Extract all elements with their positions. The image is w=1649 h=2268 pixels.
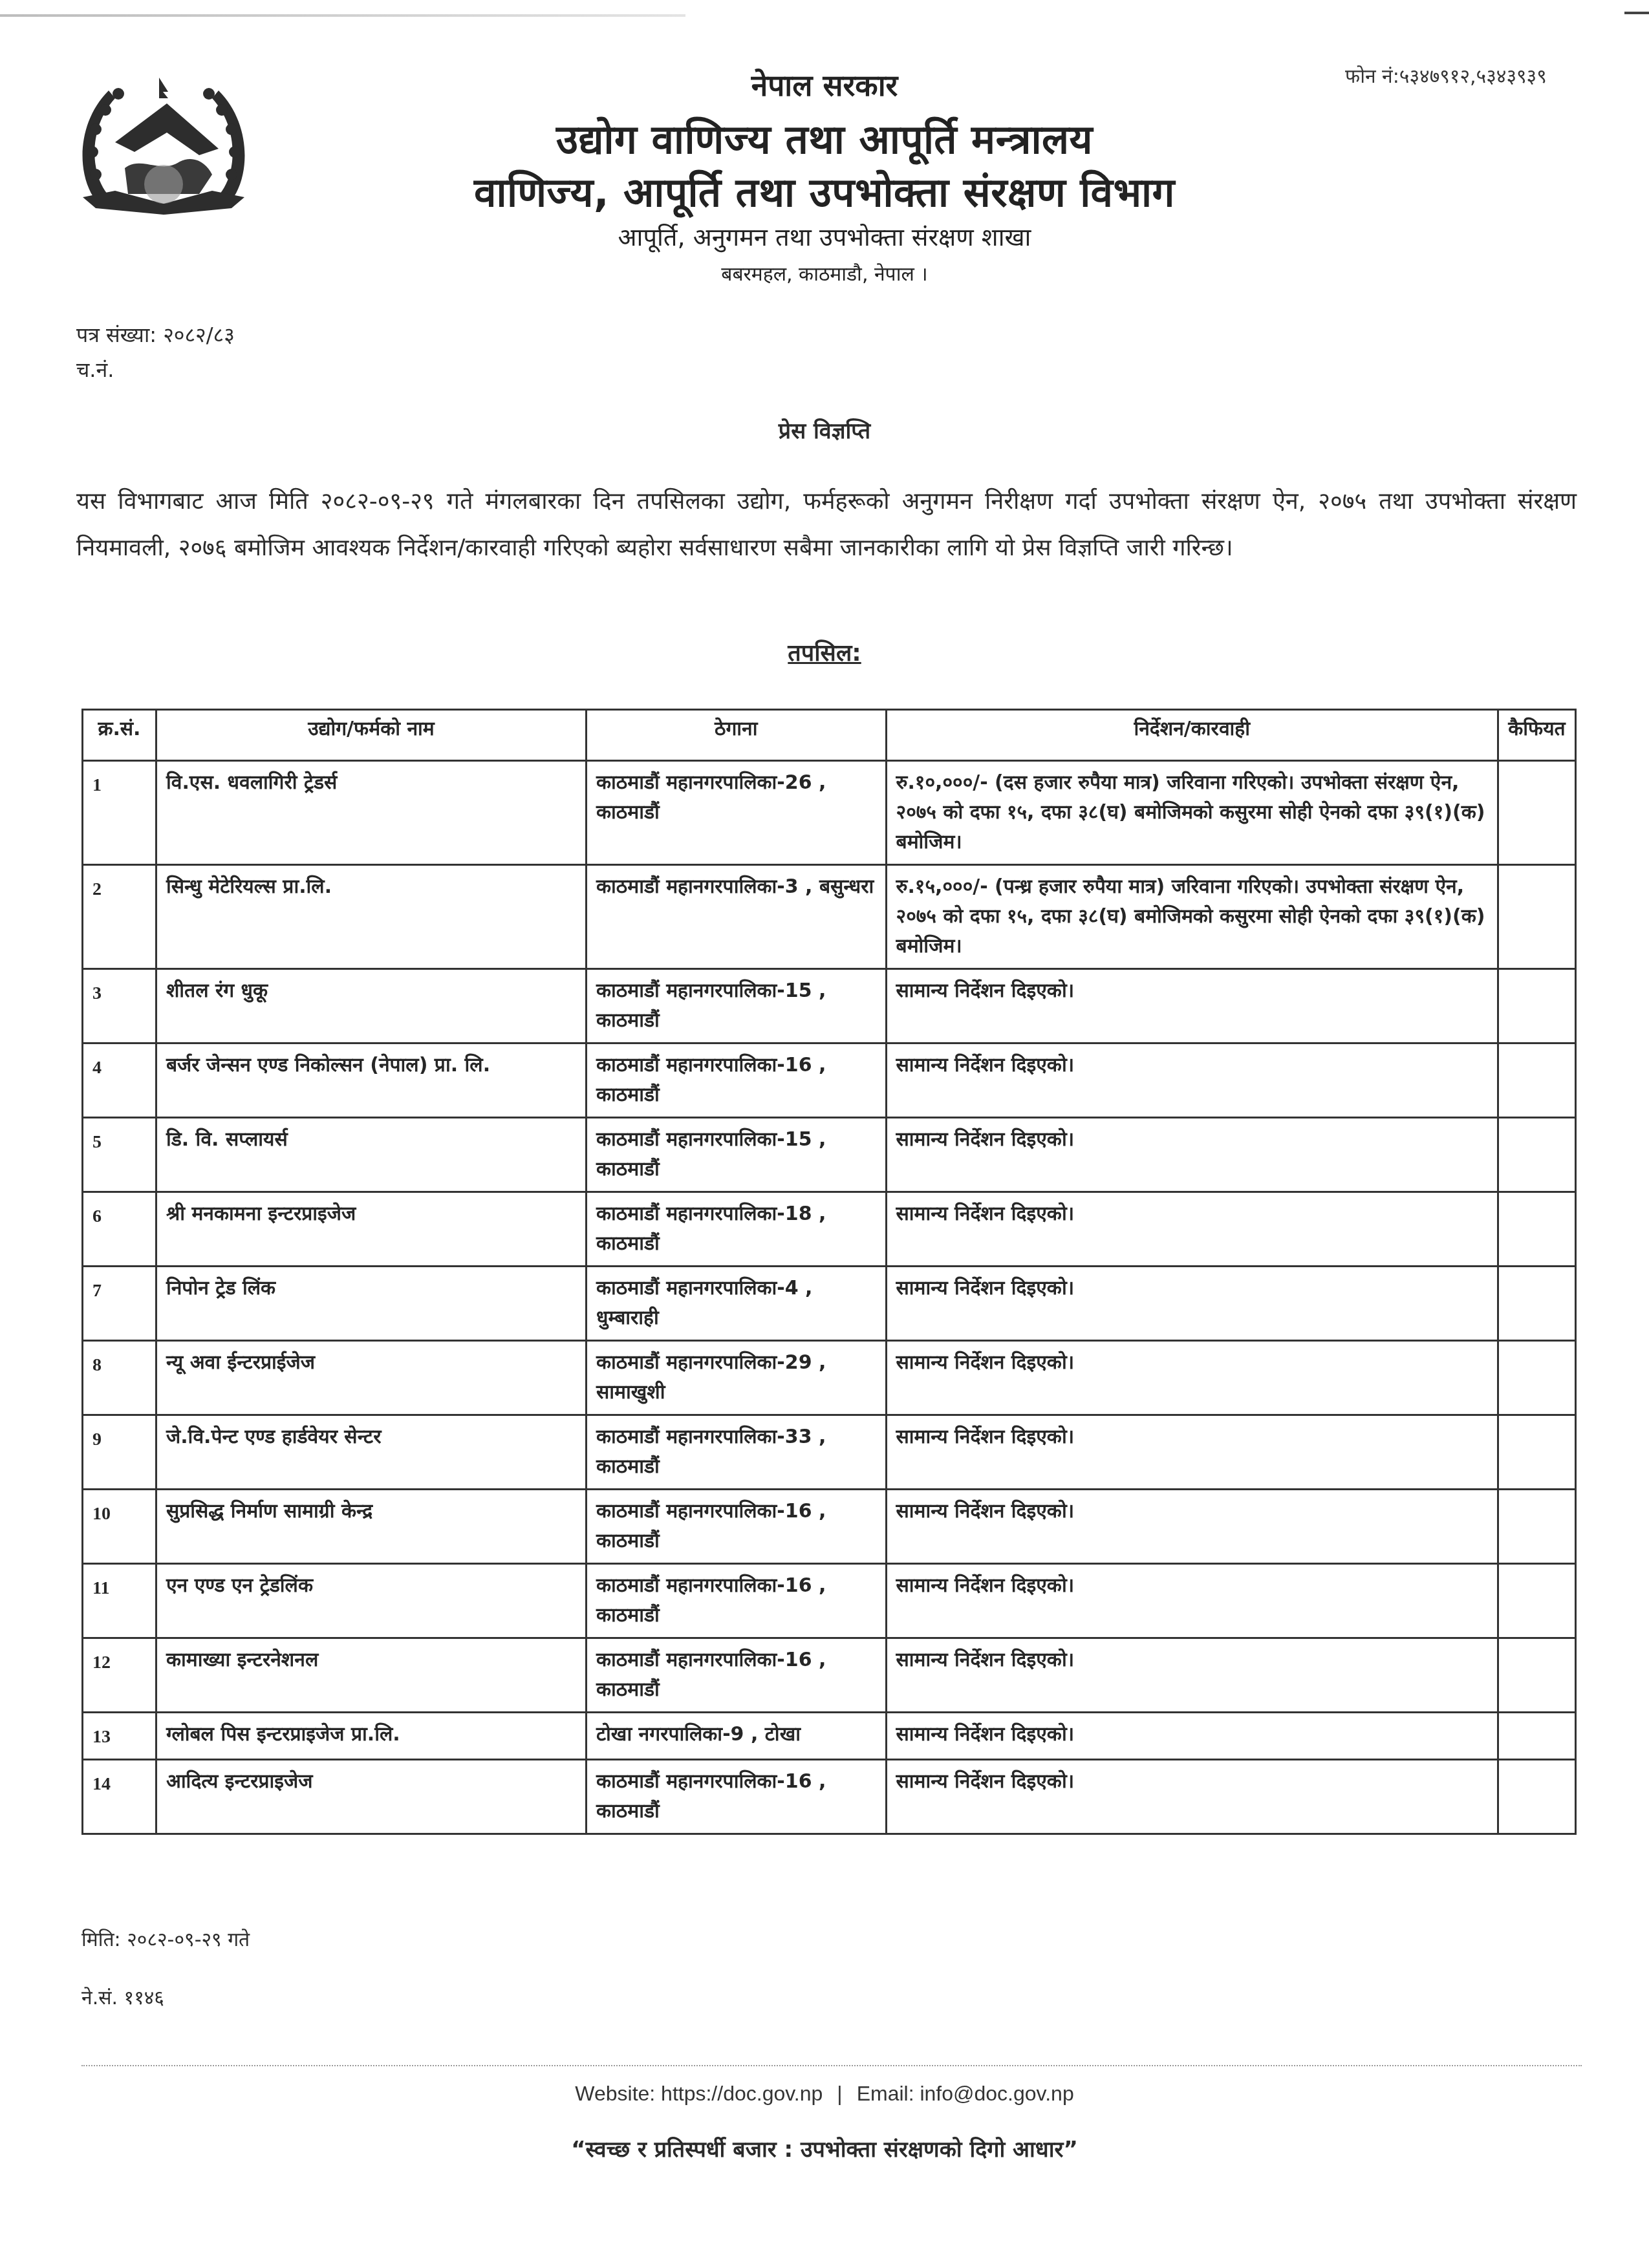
remarks-cell [1498, 969, 1575, 1043]
action-cell: सामान्य निर्देशन दिइएको। [886, 1192, 1498, 1267]
address-cell: काठमाडौं महानगरपालिका-18 , काठमाडौं [586, 1192, 886, 1267]
email-link[interactable]: Email: info@doc.gov.np [857, 2082, 1074, 2105]
scan-edge [1624, 12, 1649, 14]
firm-name-cell: न्यू अवा ईन्टरप्राईजेज [156, 1341, 586, 1415]
serial-cell: 3 [83, 969, 156, 1043]
remarks-cell [1498, 865, 1575, 969]
table-row: 6श्री मनकामना इन्टरप्राइजेजकाठमाडौं महान… [83, 1192, 1576, 1267]
table-row: 7निपोन ट्रेड लिंककाठमाडौं महानगरपालिका-4… [83, 1267, 1576, 1341]
remarks-cell [1498, 1760, 1575, 1834]
remarks-cell [1498, 1118, 1575, 1192]
column-header-address: ठेगाना [586, 710, 886, 761]
address-cell: काठमाडौं महानगरपालिका-16 , काठमाडौं [586, 1564, 886, 1638]
table-row: 1वि.एस. धवलागिरी ट्रेडर्सकाठमाडौं महानगर… [83, 761, 1576, 865]
address-cell: टोखा नगरपालिका-9 , टोखा [586, 1713, 886, 1760]
firm-name-cell: डि. वि. सप्लायर्स [156, 1118, 586, 1192]
remarks-cell [1498, 1341, 1575, 1415]
action-cell: सामान्य निर्देशन दिइएको। [886, 1043, 1498, 1118]
table-row: 2सिन्धु मेटेरियल्स प्रा.लि.काठमाडौं महान… [83, 865, 1576, 969]
nepal-sambat-year: ने.सं. ११४६ [81, 1984, 164, 2010]
dispatch-number: च.नं. [76, 356, 114, 383]
government-title: नेपाल सरकार [0, 65, 1649, 105]
remarks-cell [1498, 1713, 1575, 1760]
action-cell: सामान्य निर्देशन दिइएको। [886, 1638, 1498, 1713]
serial-cell: 14 [83, 1760, 156, 1834]
column-header-remarks: कैफियत [1498, 710, 1575, 761]
remarks-cell [1498, 1490, 1575, 1564]
action-cell: सामान्य निर्देशन दिइएको। [886, 1564, 1498, 1638]
address-cell: काठमाडौं महानगरपालिका-15 , काठमाडौं [586, 969, 886, 1043]
address-cell: काठमाडौं महानगरपालिका-26 , काठमाडौं [586, 761, 886, 865]
firm-name-cell: सुप्रसिद्ध निर्माण सामाग्री केन्द्र [156, 1490, 586, 1564]
firm-name-cell: शीतल रंग धुकू [156, 969, 586, 1043]
table-row: 9जे.वि.पेन्ट एण्ड हार्डवेयर सेन्टरकाठमाड… [83, 1415, 1576, 1490]
remarks-cell [1498, 1043, 1575, 1118]
serial-cell: 11 [83, 1564, 156, 1638]
table-row: 13ग्लोबल पिस इन्टरप्राइजेज प्रा.लि.टोखा … [83, 1713, 1576, 1760]
serial-cell: 8 [83, 1341, 156, 1415]
ministry-title: उद्योग वाणिज्य तथा आपूर्ति मन्त्रालय [0, 111, 1649, 166]
firm-name-cell: जे.वि.पेन्ट एण्ड हार्डवेयर सेन्टर [156, 1415, 586, 1490]
remarks-cell [1498, 1638, 1575, 1713]
firm-name-cell: कामाख्या इन्टरनेशनल [156, 1638, 586, 1713]
firm-name-cell: श्री मनकामना इन्टरप्राइजेज [156, 1192, 586, 1267]
inspection-table: क्र.सं. उद्योग/फर्मको नाम ठेगाना निर्देश… [81, 709, 1577, 1835]
footer-divider [81, 2065, 1582, 2066]
table-row: 14आदित्य इन्टरप्राइजेजकाठमाडौं महानगरपाल… [83, 1760, 1576, 1834]
column-header-action: निर्देशन/कारवाही [886, 710, 1498, 761]
action-cell: सामान्य निर्देशन दिइएको। [886, 1341, 1498, 1415]
table-header-row: क्र.सं. उद्योग/फर्मको नाम ठेगाना निर्देश… [83, 710, 1576, 761]
table-row: 12कामाख्या इन्टरनेशनलकाठमाडौं महानगरपालि… [83, 1638, 1576, 1713]
action-cell: सामान्य निर्देशन दिइएको। [886, 1415, 1498, 1490]
notice-body: यस विभागबाट आज मिति २०८२-०९-२९ गते मंगलब… [76, 478, 1577, 572]
section-title: आपूर्ति, अनुगमन तथा उपभोक्ता संरक्षण शाख… [0, 220, 1649, 253]
action-cell: रु.१५,०००/- (पन्ध्र हजार रुपैया मात्र) ज… [886, 865, 1498, 969]
serial-cell: 5 [83, 1118, 156, 1192]
remarks-cell [1498, 1192, 1575, 1267]
table-row: 10सुप्रसिद्ध निर्माण सामाग्री केन्द्रकाठ… [83, 1490, 1576, 1564]
address-cell: काठमाडौं महानगरपालिका-16 , काठमाडौं [586, 1490, 886, 1564]
firm-name-cell: निपोन ट्रेड लिंक [156, 1267, 586, 1341]
action-cell: सामान्य निर्देशन दिइएको। [886, 1118, 1498, 1192]
firm-name-cell: एन एण्ड एन ट्रेडलिंक [156, 1564, 586, 1638]
serial-cell: 1 [83, 761, 156, 865]
action-cell: सामान्य निर्देशन दिइएको। [886, 969, 1498, 1043]
address-cell: काठमाडौं महानगरपालिका-29 , सामाखुशी [586, 1341, 886, 1415]
issue-date: मिति: २०८२-०९-२९ गते [81, 1925, 250, 1952]
scan-edge [0, 14, 685, 17]
serial-cell: 12 [83, 1638, 156, 1713]
address-cell: काठमाडौं महानगरपालिका-33 , काठमाडौं [586, 1415, 886, 1490]
address-cell: काठमाडौं महानगरपालिका-16 , काठमाडौं [586, 1760, 886, 1834]
footer-motto: “स्वच्छ र प्रतिस्पर्धी बजार : उपभोक्ता स… [0, 2134, 1649, 2163]
table-row: 3शीतल रंग धुकूकाठमाडौं महानगरपालिका-15 ,… [83, 969, 1576, 1043]
action-cell: सामान्य निर्देशन दिइएको। [886, 1713, 1498, 1760]
serial-cell: 9 [83, 1415, 156, 1490]
serial-cell: 6 [83, 1192, 156, 1267]
action-cell: सामान्य निर्देशन दिइएको। [886, 1760, 1498, 1834]
schedule-title: तपसिल: [0, 636, 1649, 668]
remarks-cell [1498, 761, 1575, 865]
address-cell: काठमाडौं महानगरपालिका-16 , काठमाडौं [586, 1043, 886, 1118]
serial-cell: 4 [83, 1043, 156, 1118]
table-body: 1वि.एस. धवलागिरी ट्रेडर्सकाठमाडौं महानगर… [83, 761, 1576, 1834]
action-cell: रु.१०,०००/- (दस हजार रुपैया मात्र) जरिवा… [886, 761, 1498, 865]
footer-separator: | [837, 2082, 842, 2105]
table-row: 4बर्जर जेन्सन एण्ड निकोल्सन (नेपाल) प्रा… [83, 1043, 1576, 1118]
notice-title: प्रेस विज्ञप्ति [0, 415, 1649, 445]
serial-cell: 2 [83, 865, 156, 969]
serial-cell: 7 [83, 1267, 156, 1341]
remarks-cell [1498, 1415, 1575, 1490]
serial-cell: 13 [83, 1713, 156, 1760]
office-address: बबरमहल, काठमाडौ, नेपाल । [0, 260, 1649, 286]
remarks-cell [1498, 1267, 1575, 1341]
firm-name-cell: बर्जर जेन्सन एण्ड निकोल्सन (नेपाल) प्रा.… [156, 1043, 586, 1118]
address-cell: काठमाडौं महानगरपालिका-4 , धुम्बाराही [586, 1267, 886, 1341]
firm-name-cell: आदित्य इन्टरप्राइजेज [156, 1760, 586, 1834]
website-link[interactable]: Website: https://doc.gov.np [575, 2082, 823, 2105]
address-cell: काठमाडौं महानगरपालिका-3 , बसुन्धरा [586, 865, 886, 969]
remarks-cell [1498, 1564, 1575, 1638]
table-row: 8न्यू अवा ईन्टरप्राईजेजकाठमाडौं महानगरपा… [83, 1341, 1576, 1415]
table-row: 5डि. वि. सप्लायर्सकाठमाडौं महानगरपालिका-… [83, 1118, 1576, 1192]
address-cell: काठमाडौं महानगरपालिका-16 , काठमाडौं [586, 1638, 886, 1713]
action-cell: सामान्य निर्देशन दिइएको। [886, 1490, 1498, 1564]
letter-number: पत्र संख्या: २०८२/८३ [76, 321, 235, 348]
address-cell: काठमाडौं महानगरपालिका-15 , काठमाडौं [586, 1118, 886, 1192]
department-title: वाणिज्य, आपूर्ति तथा उपभोक्ता संरक्षण वि… [0, 164, 1649, 219]
table-row: 11एन एण्ड एन ट्रेडलिंककाठमाडौं महानगरपाल… [83, 1564, 1576, 1638]
action-cell: सामान्य निर्देशन दिइएको। [886, 1267, 1498, 1341]
footer-contact: Website: https://doc.gov.np|Email: info@… [0, 2082, 1649, 2106]
column-header-firm-name: उद्योग/फर्मको नाम [156, 710, 586, 761]
serial-cell: 10 [83, 1490, 156, 1564]
firm-name-cell: ग्लोबल पिस इन्टरप्राइजेज प्रा.लि. [156, 1713, 586, 1760]
firm-name-cell: सिन्धु मेटेरियल्स प्रा.लि. [156, 865, 586, 969]
firm-name-cell: वि.एस. धवलागिरी ट्रेडर्स [156, 761, 586, 865]
column-header-serial: क्र.सं. [83, 710, 156, 761]
